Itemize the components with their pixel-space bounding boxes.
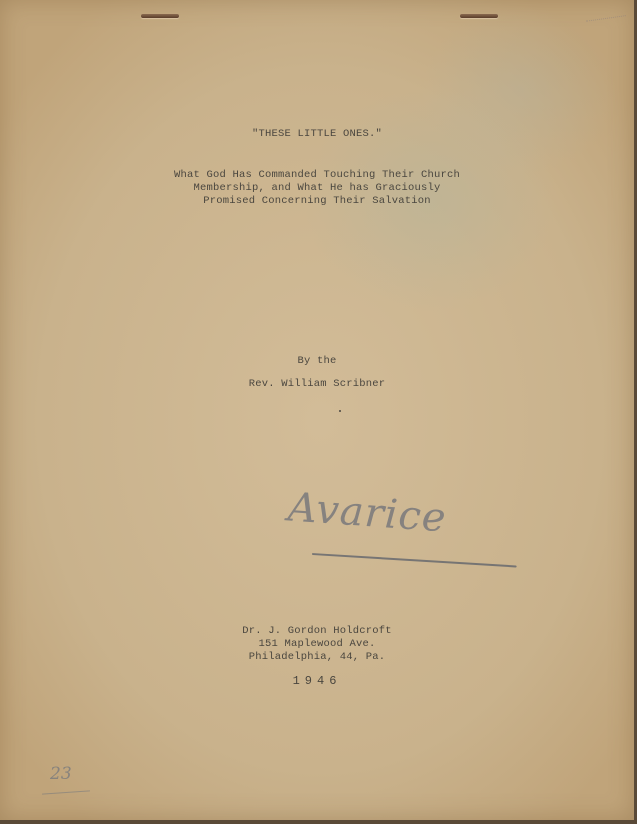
publisher-line: Dr. J. Gordon Holdcroft (0, 625, 634, 638)
staple (460, 14, 498, 18)
document-subtitle: What God Has Commanded Touching Their Ch… (0, 169, 634, 208)
byline: By the (0, 355, 634, 368)
publisher-block: Dr. J. Gordon Holdcroft 151 Maplewood Av… (0, 625, 634, 664)
pencil-number: 23 (50, 764, 72, 784)
pencil-underline (312, 553, 517, 568)
document-page: "THESE LITTLE ONES." What God Has Comman… (0, 0, 634, 820)
pencil-number-underline (42, 790, 90, 794)
publisher-line: 151 Maplewood Ave. (0, 638, 634, 651)
handwritten-note: Avarice (287, 485, 449, 542)
pencil-corner-mark (584, 1, 626, 21)
subtitle-line: What God Has Commanded Touching Their Ch… (0, 169, 634, 182)
document-title: "THESE LITTLE ONES." (0, 128, 634, 141)
author-name: Rev. William Scribner (0, 378, 634, 391)
publication-year: 1946 (0, 675, 634, 688)
subtitle-line: Membership, and What He has Graciously (0, 182, 634, 195)
staple (141, 14, 179, 18)
publisher-line: Philadelphia, 44, Pa. (0, 651, 634, 664)
ink-dot (339, 410, 341, 412)
subtitle-line: Promised Concerning Their Salvation (0, 195, 634, 208)
